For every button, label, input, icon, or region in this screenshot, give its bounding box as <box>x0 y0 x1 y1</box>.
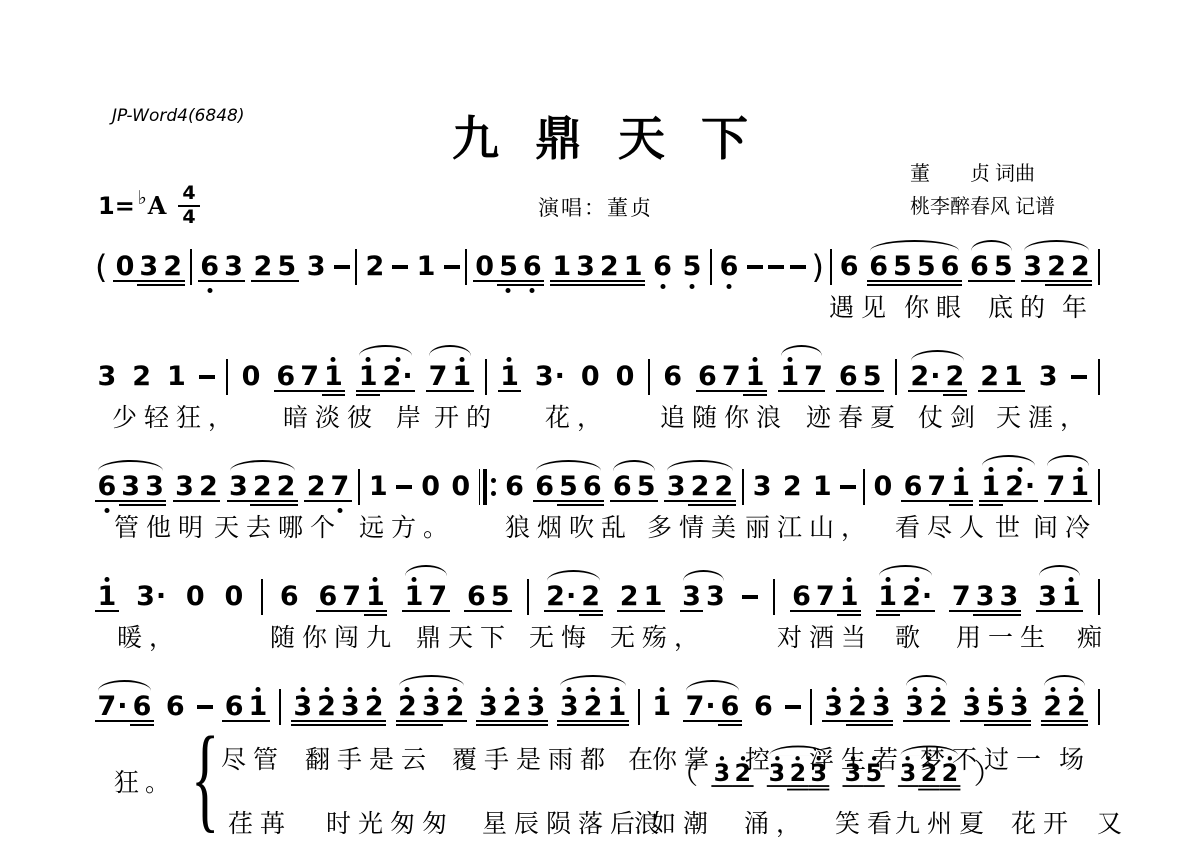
duration-dash <box>1071 375 1087 379</box>
note: 3 <box>822 692 846 722</box>
barline <box>648 359 650 395</box>
low-octave-dot <box>207 288 212 293</box>
note: 6 <box>222 692 246 722</box>
note: 3· <box>134 582 169 612</box>
note: 6 <box>520 252 544 282</box>
high-octave-dot <box>104 577 109 582</box>
note: 3 <box>869 692 893 722</box>
note: 0 <box>419 472 443 502</box>
note-group: 2 <box>130 362 154 392</box>
note: 1 <box>95 582 119 612</box>
lyric-text: 开的 <box>434 398 498 434</box>
note: 1 <box>246 692 270 722</box>
note-group-slur: 65 <box>610 472 658 502</box>
duration-dash <box>444 265 460 269</box>
note-group-slur: 322 <box>664 472 735 502</box>
note: 7 <box>426 362 450 392</box>
lyric-text: 无悔 <box>529 618 593 654</box>
lyric-text: 歌 <box>895 618 927 654</box>
note: 2 <box>688 472 712 502</box>
note: 1 <box>450 362 474 392</box>
note: 1 <box>550 252 574 282</box>
note: 6 <box>790 582 814 612</box>
note: 3 <box>419 692 443 722</box>
lyric-text: 年 <box>1062 288 1094 324</box>
note: 1 <box>165 362 189 392</box>
high-octave-dot <box>510 687 515 692</box>
note: 2 <box>1045 252 1069 282</box>
lyric-text-verse2: 时光匆匆 <box>326 804 454 840</box>
note: 3 <box>750 472 774 502</box>
note-group: 0 <box>183 582 207 612</box>
note: 2 <box>304 472 328 502</box>
note: 2 <box>597 252 621 282</box>
note: 6 <box>130 692 154 722</box>
note: 6 <box>661 362 685 392</box>
note: 2 <box>712 472 736 502</box>
note: 7 <box>802 362 826 392</box>
note: 6 <box>696 362 720 392</box>
note: 1 <box>605 692 629 722</box>
note: 7· <box>95 692 130 722</box>
note: 2· <box>544 582 579 612</box>
note: 3 <box>338 692 362 722</box>
note: 1 <box>876 582 900 612</box>
note-group-slur: 71 <box>426 362 474 392</box>
barline <box>742 469 744 505</box>
high-octave-dot <box>429 687 434 692</box>
lyric-text: 看尽人 <box>895 508 991 544</box>
lyric-text: 管他明 <box>114 508 210 544</box>
note-group: 0 <box>613 362 637 392</box>
barline <box>190 249 192 285</box>
note: 0 <box>473 252 497 282</box>
high-octave-dot <box>1069 577 1074 582</box>
lyric-text: 场 <box>1059 740 1091 776</box>
note-group: 3 <box>1036 362 1060 392</box>
note: 0 <box>113 252 137 282</box>
note: 3 <box>143 472 167 502</box>
high-octave-dot <box>591 687 596 692</box>
high-octave-dot <box>831 687 836 692</box>
high-octave-dot <box>988 467 993 472</box>
note: 3 <box>173 472 197 502</box>
note: 6 <box>274 362 298 392</box>
note: 5 <box>991 252 1015 282</box>
note: 3 <box>291 692 315 722</box>
credits-block: 董 贞 词曲桃李醉春风 记谱 <box>910 158 1055 224</box>
note-group: 0 <box>222 582 246 612</box>
note-group: 6 <box>163 692 187 722</box>
note-group: 6 <box>837 252 861 282</box>
note-group: 671 <box>790 582 861 612</box>
note: 7 <box>1044 472 1068 502</box>
note-group-slur: 6556 <box>867 252 962 282</box>
barline <box>465 249 467 285</box>
note: 7 <box>925 472 949 502</box>
notation-row-2: 321067112·7113·00667117652·2213 <box>95 358 1100 396</box>
note: 6 <box>316 582 340 612</box>
high-octave-dot <box>486 687 491 692</box>
note: 2 <box>1068 252 1092 282</box>
lyric-text-verse2: 涌， <box>744 804 808 840</box>
note: 6 <box>533 472 557 502</box>
flat-sign: ♭ <box>138 187 147 209</box>
credit-composer: 董 贞 词曲 <box>910 163 1035 185</box>
note: 1 <box>322 362 346 392</box>
note: 3 <box>557 692 581 722</box>
lyric-text: 远 <box>359 508 391 544</box>
low-octave-dot <box>506 288 511 293</box>
note-group: 21 <box>617 582 665 612</box>
note: 6 <box>651 252 675 282</box>
lyric-text: 岸 <box>396 398 428 434</box>
high-octave-dot <box>366 357 371 362</box>
note: 3 <box>1021 252 1045 282</box>
key-prefix: 1= <box>98 192 135 220</box>
note: 0 <box>449 472 473 502</box>
note-group: 0 <box>419 472 443 502</box>
high-octave-dot <box>879 687 884 692</box>
high-octave-dot <box>993 687 998 692</box>
barline <box>638 689 640 725</box>
note-group-slur: 7·6 <box>95 692 154 722</box>
barline <box>830 249 832 285</box>
note: 6 <box>938 252 962 282</box>
note: 6 <box>751 692 775 722</box>
barline <box>773 579 775 615</box>
lyric-text: 狼烟吹乱 <box>505 508 633 544</box>
note: 2 <box>396 692 420 722</box>
high-octave-dot <box>373 577 378 582</box>
note: 7· <box>683 692 718 722</box>
high-octave-dot <box>331 357 336 362</box>
note: 5 <box>984 692 1008 722</box>
note: 5 <box>557 472 581 502</box>
barline <box>226 359 228 395</box>
note: 2 <box>617 582 641 612</box>
watermark-text: JP-Word4(6848) <box>112 106 245 126</box>
note: 5 <box>497 252 521 282</box>
lyric-text: 控， <box>745 740 809 776</box>
note-group: 2 <box>780 472 804 502</box>
high-octave-dot <box>395 357 400 362</box>
note-group: 323 <box>822 692 893 722</box>
note-group: 0 <box>578 362 602 392</box>
note: 1 <box>414 252 438 282</box>
duration-dash <box>396 485 412 489</box>
high-octave-dot <box>405 687 410 692</box>
note-group: 6 <box>277 582 301 612</box>
note-group: 32 <box>173 472 221 502</box>
note: 3 <box>137 252 161 282</box>
lyric-text: 痴 <box>1077 618 1109 654</box>
note: 1 <box>364 582 388 612</box>
note: 3 <box>664 472 688 502</box>
note-group-slur: 2·2 <box>544 582 603 612</box>
note: 6 <box>968 252 992 282</box>
barline <box>358 469 360 505</box>
note-group-slur: 633 <box>95 472 166 502</box>
note: 2 <box>161 252 185 282</box>
note-group: 6 <box>503 472 527 502</box>
high-octave-dot <box>459 357 464 362</box>
note: 3 <box>476 692 500 722</box>
duration-dash <box>392 265 408 269</box>
lyric-text: 你眼 <box>904 288 968 324</box>
lyric-text: 暗淡彼 <box>283 398 379 434</box>
note-group-slur: 322 <box>1021 252 1092 282</box>
lyric-text: 你掌 <box>652 740 716 776</box>
note: 6 <box>901 472 925 502</box>
note: 2· <box>1003 472 1038 502</box>
high-octave-dot <box>348 687 353 692</box>
note: 1 <box>621 252 645 282</box>
lyric-text: 浮生若 <box>809 740 905 776</box>
note: 1 <box>498 362 522 392</box>
note: 3 <box>703 582 727 612</box>
note: 6 <box>163 692 187 722</box>
barline <box>1098 359 1100 395</box>
note-group: 5 <box>680 252 704 282</box>
note: 2 <box>443 692 467 722</box>
sheet-music-page: JP-Word4(6848) 九鼎天下 演唱：董贞 董 贞 词曲桃李醉春风 记谱… <box>0 0 1200 850</box>
repeat-dots <box>491 478 496 496</box>
note-group-slur: 656 <box>533 472 604 502</box>
notation-row-1: (03263253210561321656)6655665322 <box>95 248 1100 286</box>
high-octave-dot <box>906 756 910 760</box>
note-group-slur: 71 <box>1044 472 1092 502</box>
lyric-text: 多情美 <box>647 508 743 544</box>
lyric-text: 世 <box>995 508 1027 544</box>
note: 1 <box>1059 582 1083 612</box>
note-group-slur: 322 <box>227 472 298 502</box>
note: 2 <box>250 472 274 502</box>
lyric-text: 方。 <box>391 508 455 544</box>
note-group: 056 <box>473 252 544 282</box>
high-octave-dot <box>958 467 963 472</box>
note: 2 <box>196 472 220 502</box>
barline <box>1098 579 1100 615</box>
note: 7 <box>340 582 364 612</box>
note: 6 <box>718 692 742 722</box>
note-group: 1 <box>95 582 119 612</box>
note: 2 <box>846 692 870 722</box>
barline <box>261 579 263 615</box>
lyric-text: 天涯， <box>996 398 1092 434</box>
note: 3 <box>119 472 143 502</box>
notation-row-5: 7·6661323223232332117·663233235322 <box>95 688 1100 726</box>
note-group: 63 <box>198 252 246 282</box>
duration-dash <box>334 265 350 269</box>
note-group: 0 <box>239 362 263 392</box>
note: 3 <box>524 692 548 722</box>
barline <box>895 359 897 395</box>
note-group-slur: 232 <box>396 692 467 722</box>
note: 0 <box>222 582 246 612</box>
note: 6 <box>836 362 860 392</box>
time-denominator: 4 <box>178 208 199 227</box>
lyric-text: 花， <box>545 398 609 434</box>
key-letter: A <box>148 191 167 220</box>
note: 0 <box>871 472 895 502</box>
lyric-text: 翻手是云 <box>305 740 433 776</box>
note: 0 <box>578 362 602 392</box>
high-octave-dot <box>614 687 619 692</box>
note: 1 <box>743 362 767 392</box>
note: 7 <box>949 582 973 612</box>
note-group: 2 <box>363 252 387 282</box>
note-group-slur: 65 <box>968 252 1016 282</box>
high-octave-dot <box>453 687 458 692</box>
barline <box>1098 249 1100 285</box>
note-group: 3· <box>532 362 567 392</box>
high-octave-dot <box>855 687 860 692</box>
note: 3 <box>997 582 1021 612</box>
note: 7 <box>426 582 450 612</box>
lyric-text: 无殇， <box>610 618 706 654</box>
note: 5 <box>488 582 512 612</box>
barline <box>1098 469 1100 505</box>
low-octave-dot <box>104 508 109 513</box>
high-octave-dot <box>412 577 417 582</box>
note-group: 323 <box>476 692 547 722</box>
note-group: 61 <box>222 692 270 722</box>
high-octave-dot <box>936 687 941 692</box>
duration-dash <box>199 375 215 379</box>
parenthesis: ( <box>95 252 107 282</box>
note: 6 <box>503 472 527 502</box>
barline <box>527 579 529 615</box>
high-octave-dot <box>255 687 260 692</box>
lyric-text-verse2: 荏苒 <box>228 804 292 840</box>
lyric-kuang: 狂。 <box>114 763 176 799</box>
note: 7 <box>298 362 322 392</box>
note: 3 <box>680 582 704 612</box>
high-octave-dot <box>1050 687 1055 692</box>
note-group: 671 <box>901 472 972 502</box>
barline <box>710 249 712 285</box>
note: 3 <box>960 692 984 722</box>
low-octave-dot <box>660 284 665 289</box>
repeat-thin-line <box>479 469 481 505</box>
lyric-text: 遇见 <box>829 288 893 324</box>
performer-label: 演唱：董贞 <box>538 192 653 222</box>
note-group: 1 <box>810 472 834 502</box>
lyric-text: 暖， <box>117 618 181 654</box>
lyric-text: 用一生 <box>956 618 1052 654</box>
lyric-text: 梦不过一 <box>920 740 1048 776</box>
note-group: 671 <box>316 582 387 612</box>
note-group: 032 <box>113 252 184 282</box>
duration-dash <box>747 265 763 269</box>
low-octave-dot <box>689 284 694 289</box>
note: 3 <box>973 582 997 612</box>
note: 3· <box>532 362 567 392</box>
key-time-signature: 1=♭A 44 <box>98 184 200 227</box>
lyric-text-verse2: 九州夏 <box>895 804 991 840</box>
note: 2 <box>274 472 298 502</box>
low-octave-dot <box>530 288 535 293</box>
note: 2 <box>315 692 339 722</box>
low-octave-dot <box>727 284 732 289</box>
high-octave-dot <box>787 357 792 362</box>
lyric-text-verse2: 花开 <box>1011 804 1075 840</box>
note: 6 <box>464 582 488 612</box>
note: 0 <box>239 362 263 392</box>
high-octave-dot <box>969 687 974 692</box>
barline <box>810 689 812 725</box>
lyric-text: 对酒当 <box>777 618 873 654</box>
note-group: 21 <box>978 362 1026 392</box>
note: 3 <box>1036 362 1060 392</box>
note: 7 <box>719 362 743 392</box>
note: 6 <box>837 252 861 282</box>
note: 2· <box>380 362 415 392</box>
lyric-text: 仗剑 <box>918 398 982 434</box>
note: 3 <box>903 692 927 722</box>
lyric-text: 覆手是雨都 <box>452 740 612 776</box>
note-group: 3 <box>95 362 119 392</box>
high-octave-dot <box>300 687 305 692</box>
lyric-text: 丽江山， <box>745 508 873 544</box>
note-group: 3 <box>750 472 774 502</box>
note: 3 <box>222 252 246 282</box>
note: 2 <box>1041 692 1065 722</box>
note-group: 6 <box>717 252 741 282</box>
high-octave-dot <box>567 687 572 692</box>
note: 1 <box>810 472 834 502</box>
note-group-slur: 22 <box>1041 692 1089 722</box>
repeat-thick-line <box>483 469 488 505</box>
note: 2 <box>500 692 524 722</box>
note: 1 <box>778 362 802 392</box>
notation-row-4: 13·00667117652·2213367112·73331 <box>95 578 1100 616</box>
note-group-slur: 7·6 <box>683 692 742 722</box>
duration-dash <box>768 265 784 269</box>
high-octave-dot <box>1074 687 1079 692</box>
lyric-text: 迹春夏 <box>806 398 902 434</box>
note-group-slur: 2·2 <box>908 362 967 392</box>
lyric-text: 间冷 <box>1033 508 1097 544</box>
note-group: 65 <box>464 582 512 612</box>
note: 2 <box>978 362 1002 392</box>
lyric-text: 天去哪个 <box>214 508 342 544</box>
time-signature: 44 <box>178 184 199 227</box>
note-group: 1 <box>414 252 438 282</box>
note: 2 <box>130 362 154 392</box>
note: 7 <box>328 472 352 502</box>
note: 5 <box>914 252 938 282</box>
high-octave-dot <box>507 357 512 362</box>
note: 2 <box>927 692 951 722</box>
duration-dash <box>790 265 806 269</box>
note: 6 <box>867 252 891 282</box>
duration-dash <box>742 595 758 599</box>
lyric-text: 尽管 <box>221 740 285 776</box>
note: 6 <box>717 252 741 282</box>
credit-transcriber: 桃李醉春风 记谱 <box>910 196 1055 218</box>
note-group: 3· <box>134 582 169 612</box>
note-group: 671 <box>274 362 345 392</box>
high-octave-dot <box>1077 467 1082 472</box>
note: 5 <box>680 252 704 282</box>
high-octave-dot <box>847 577 852 582</box>
note: 1 <box>1068 472 1092 502</box>
note-group-slur: 12· <box>356 362 415 392</box>
note: 3 <box>1007 692 1031 722</box>
note: 3 <box>95 362 119 392</box>
